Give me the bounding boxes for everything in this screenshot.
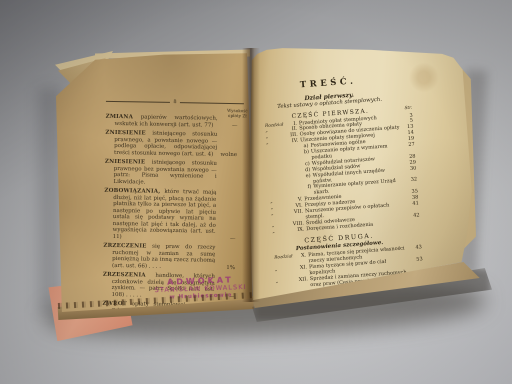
index-entry: ZNIESIENIE istniejącego stosunku prawneg… [105, 130, 243, 158]
index-entry: ZNIESIENIE istniejącego stosunku prawneg… [104, 159, 242, 187]
chapter-number: XII. [296, 277, 311, 290]
chapter-number: IX. [292, 227, 306, 234]
entry-fee-value: — [230, 236, 236, 243]
toc-list-part-one: Rozdział I. Przedmioty opłat stemplowych… [265, 113, 420, 235]
entry-text: które trwać mają dłużej, niż lat pięć, p… [113, 189, 217, 240]
chapter-page [408, 219, 420, 226]
index-entry: ZMIANA papierów wartościowych, wskutek i… [106, 114, 244, 129]
entry-fee-value: 1% [226, 264, 235, 271]
page-number: 8 [173, 99, 176, 104]
entry-fee-value: — [232, 123, 238, 130]
entry-term: ZNIESIENIE [105, 130, 145, 137]
book-spine-gutter [242, 48, 260, 302]
entry-fee-value: wolne [220, 151, 237, 158]
header-rule-left [106, 100, 170, 102]
page-column-label: Str. [404, 104, 412, 112]
header-rule-right [180, 102, 244, 104]
chapter-margin-label: „ [276, 278, 297, 291]
chapter-margin-label: „ [272, 228, 292, 235]
index-entry: ZRZECZENIE się praw do rzeczy ruchomej w… [103, 243, 241, 271]
book-photo-scene: 8 Wysokość opłaty Zł ZMIANA papierów war… [0, 0, 512, 384]
entry-term: ZRZESZENIA [103, 272, 146, 279]
entry-term: ZNIESIENIE [105, 159, 145, 166]
index-entry: ZOBOWIĄZANIA, które trwać mają dłużej, n… [104, 188, 243, 242]
left-page: 8 Wysokość opłaty Zł ZMIANA papierów war… [56, 52, 252, 312]
entry-term: ZMIANA [106, 114, 134, 120]
entry-term: ZRZECZENIE [103, 243, 146, 250]
table-of-contents: TREŚĆ. Dział pierwszy. Tekst ustawy o op… [262, 73, 424, 291]
chapter-page: 53 [411, 257, 424, 270]
left-page-header: 8 [106, 97, 244, 107]
